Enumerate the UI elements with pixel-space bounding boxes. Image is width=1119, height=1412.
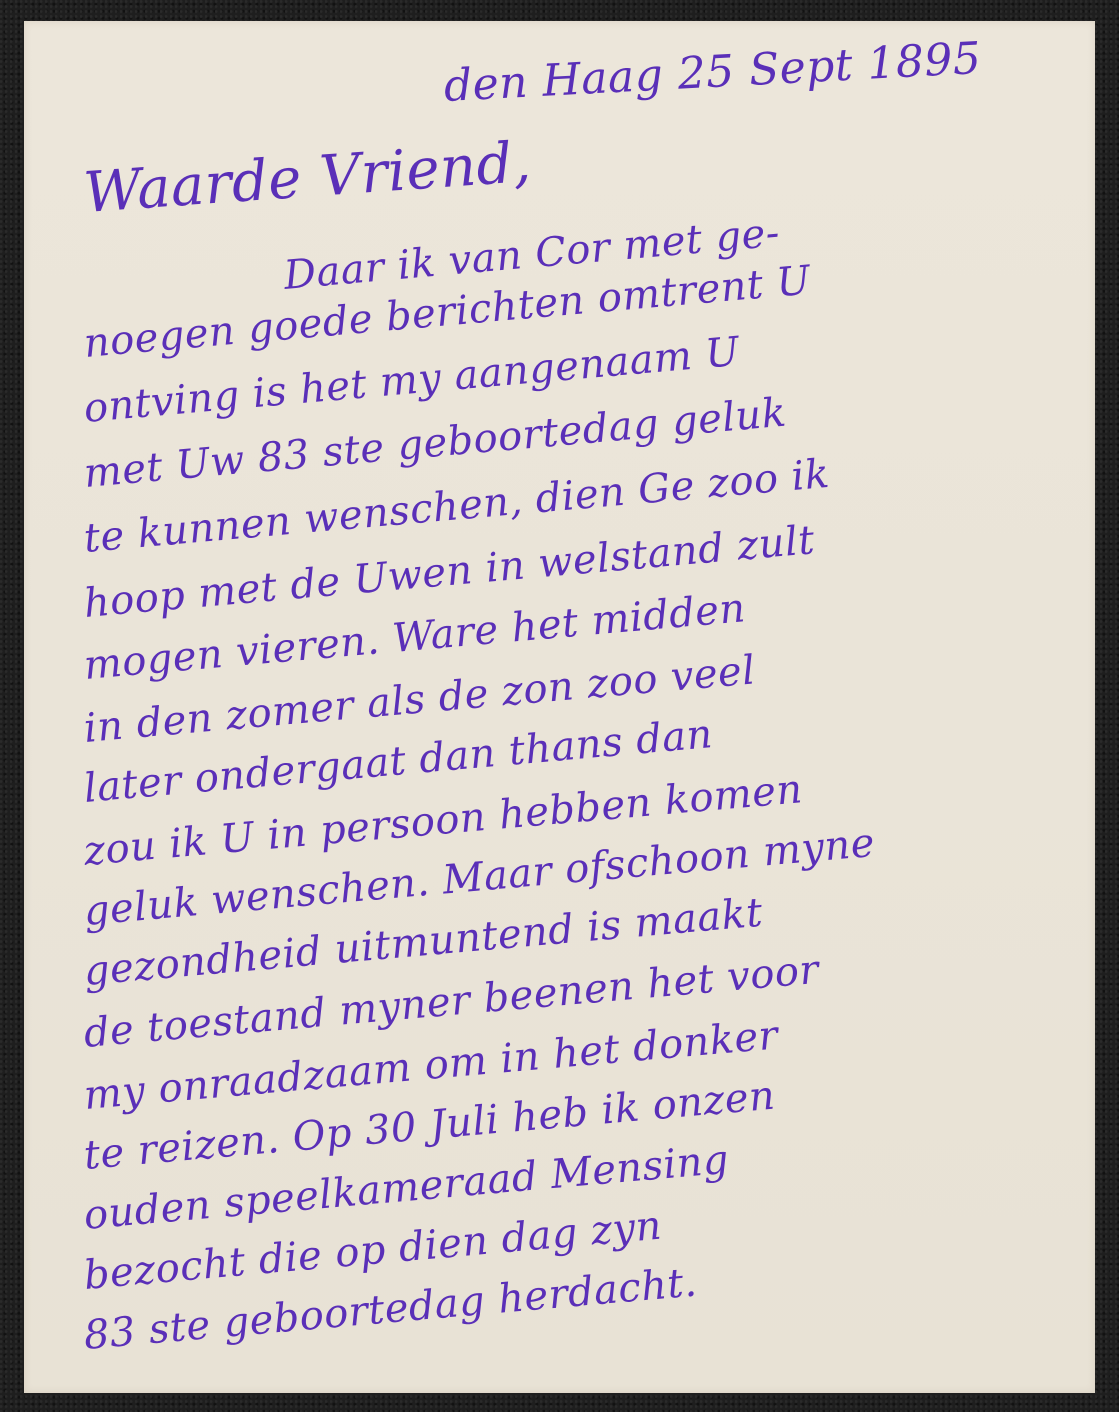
letter-salutation: Waarde Vriend, [82,130,533,226]
letter-date: den Haag 25 Sept 1895 [443,33,983,112]
letter-paper: den Haag 25 Sept 1895 Waarde Vriend, Daa… [24,21,1095,1393]
